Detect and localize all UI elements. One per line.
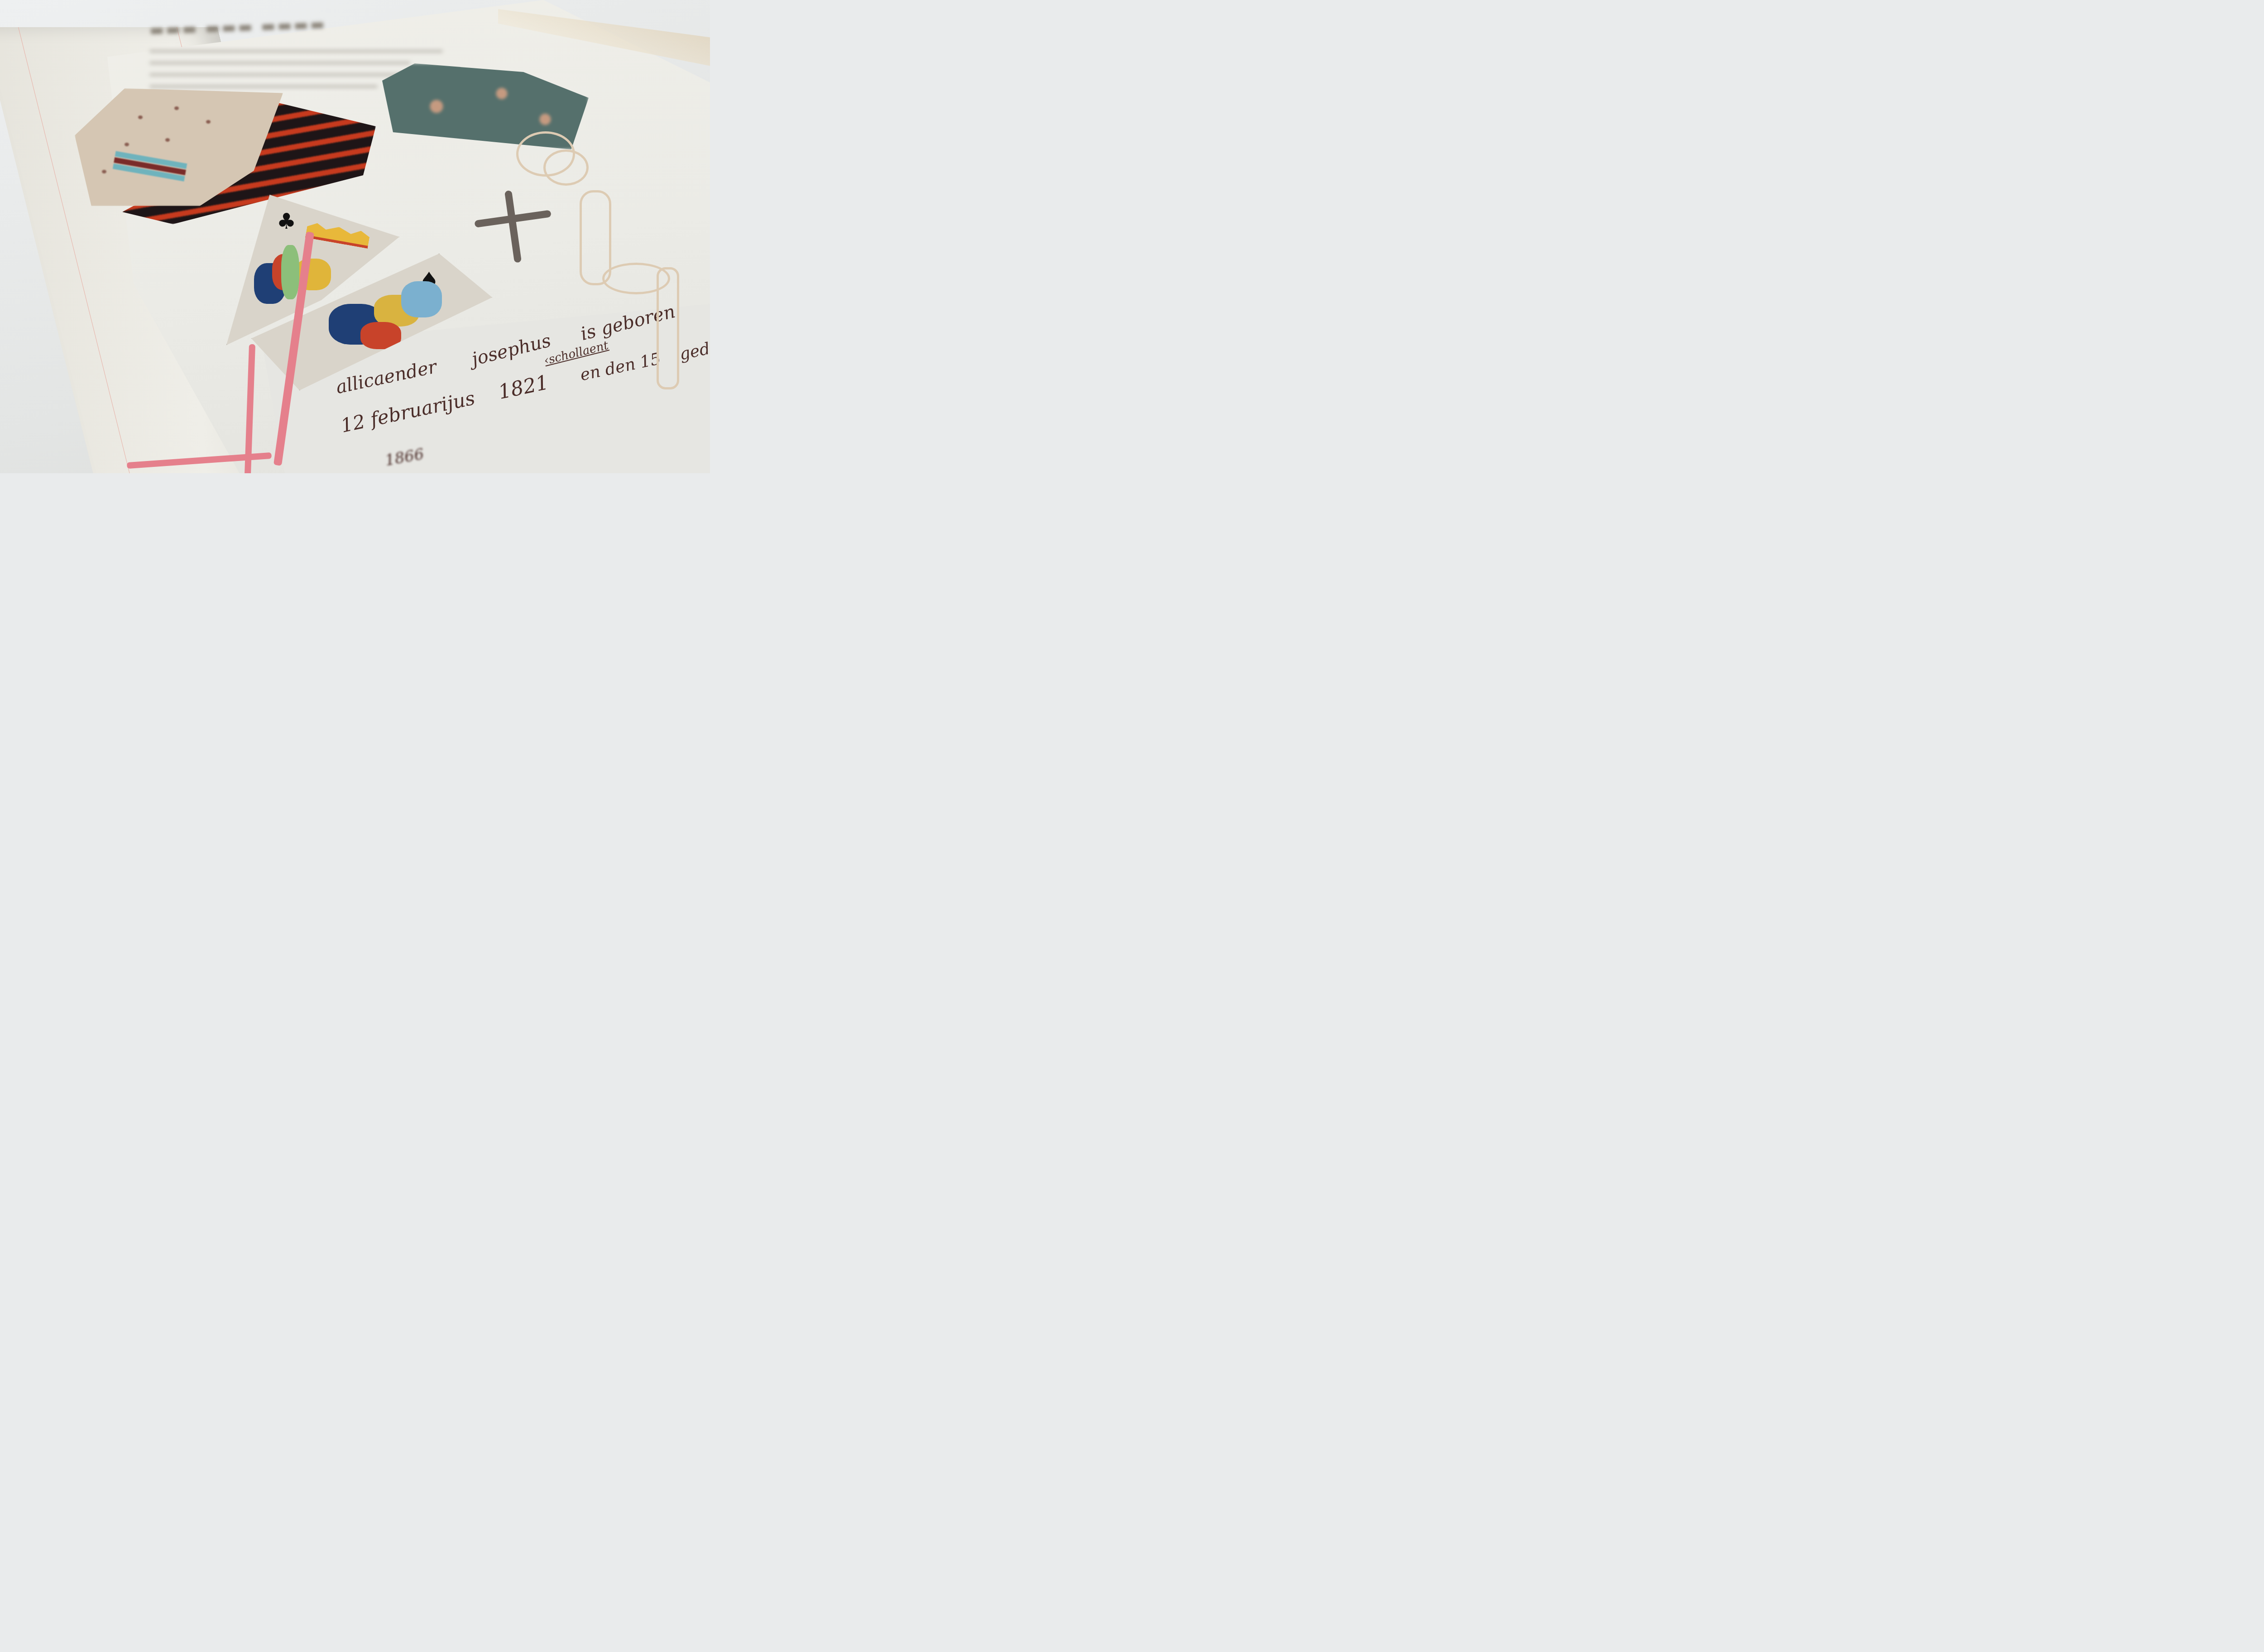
- note-year-blurred: 1866: [384, 445, 425, 470]
- note-word: gedo…: [678, 334, 710, 364]
- cross-vertical: [504, 190, 522, 263]
- card-paint: [281, 245, 299, 299]
- photo-background: ▬▬▬ ▬▬▬ ▬▬▬▬ allicaender josephus ‹schol…: [0, 0, 710, 473]
- string-loop: [543, 149, 589, 186]
- note-date-year: 1821: [496, 371, 551, 404]
- card-paint: [401, 281, 442, 317]
- note-word: josephus: [470, 330, 553, 370]
- string-strand: [657, 267, 679, 389]
- crucifix: [471, 185, 557, 268]
- crown-illustration: [305, 221, 370, 249]
- note-word: 12 februarijus: [339, 387, 477, 437]
- club-icon: ♣: [277, 209, 296, 234]
